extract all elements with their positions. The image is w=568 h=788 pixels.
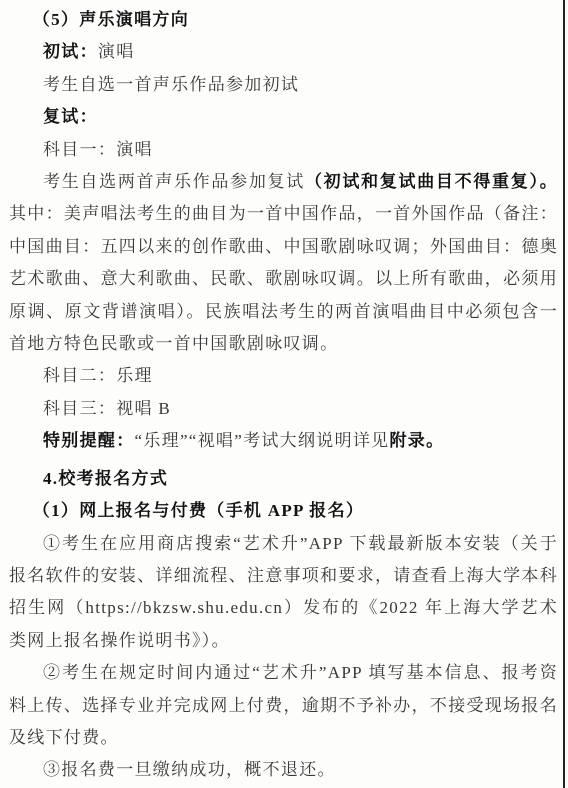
text-run: ③报名费一旦缴纳成功，概不退还。	[43, 760, 336, 779]
text-run: （初试和复试曲目不得重复）。	[305, 172, 558, 191]
text-run: 其中：美声唱法考生的曲目为一首中国作品，一首外国作品（备注：中国曲目：五四以来的…	[9, 204, 558, 353]
paragraph-step-3: ③报名费一旦缴纳成功，概不退还。	[9, 754, 558, 786]
text-run: （5）声乐演唱方向	[33, 10, 189, 29]
paragraph-second-round-desc: 考生自选两首声乐作品参加复试（初试和复试曲目不得重复）。其中：美声唱法考生的曲目…	[9, 166, 558, 360]
line-subject-3: 科目三：视唱 B	[9, 393, 558, 425]
line-subject-2: 科目二：乐理	[9, 360, 558, 392]
text-run: 4.校考报名方式	[43, 469, 168, 488]
page-edge-rule	[563, 0, 565, 788]
text-run: 附录。	[389, 431, 444, 450]
text-run: 考生自选两首声乐作品参加复试	[43, 172, 305, 191]
heading-registration-method: 4.校考报名方式	[9, 463, 558, 495]
line-special-note: 特别提醒：“乐理”“视唱”考试大纲说明详见附录。	[9, 425, 558, 457]
document-page: （5）声乐演唱方向 初试：演唱 考生自选一首声乐作品参加初试 复试： 科目一：演…	[0, 0, 568, 788]
line-first-round-desc: 考生自选一首声乐作品参加初试	[9, 69, 558, 101]
paragraph-step-1: ①考生在应用商店搜索“艺术升”APP 下载最新版本安装（关于报名软件的安装、详细…	[9, 528, 558, 658]
heading-online-registration: （1）网上报名与付费（手机 APP 报名）	[9, 495, 558, 527]
text-run: “乐理”“视唱”考试大纲说明详见	[135, 431, 390, 450]
text-run: 考生自选一首声乐作品参加初试	[43, 75, 299, 94]
line-first-round: 初试：演唱	[9, 36, 558, 68]
text-run: 科目三：视唱 B	[43, 399, 171, 418]
text-run: 复试：	[43, 107, 98, 126]
text-run: 初试：	[43, 42, 98, 61]
text-run: ①考生在应用商店搜索“艺术升”APP 下载最新版本安装（关于报名软件的安装、详细…	[9, 534, 558, 650]
text-run: 科目二：乐理	[43, 366, 153, 385]
text-run: 科目一：演唱	[43, 140, 153, 159]
text-run: 演唱	[98, 42, 135, 61]
line-second-round: 复试：	[9, 101, 558, 133]
paragraph-step-2: ②考生在规定时间内通过“艺术升”APP 填写基本信息、报考资料上传、选择专业并完…	[9, 657, 558, 754]
text-run: 特别提醒：	[43, 431, 135, 450]
text-run: ②考生在规定时间内通过“艺术升”APP 填写基本信息、报考资料上传、选择专业并完…	[9, 663, 558, 747]
text-run: （1）网上报名与付费（手机 APP 报名）	[33, 501, 364, 520]
heading-vocal-direction: （5）声乐演唱方向	[9, 4, 558, 36]
line-subject-1: 科目一：演唱	[9, 134, 558, 166]
